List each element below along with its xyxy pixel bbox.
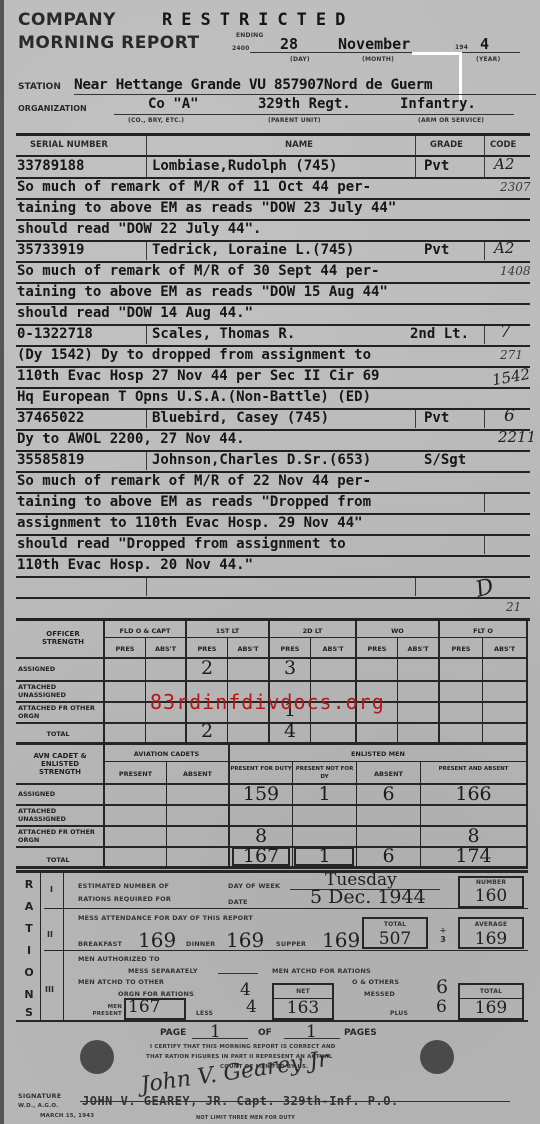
officer-strength-title: OFFICER STRENGTH — [30, 630, 96, 646]
day-caption: (DAY) — [290, 56, 310, 63]
grid-line — [103, 621, 105, 743]
grid-line — [482, 638, 483, 743]
atchd-for-rations-label: MEN ATCHD FOR RATIONS — [272, 967, 371, 975]
subcol-header: PRESENT NOT FOR DY — [293, 765, 356, 781]
pencil-code: 2307 — [500, 180, 531, 194]
remark-text: Hq European T Opns U.S.A.(Non-Battle) (E… — [17, 389, 371, 405]
breakfast-value: 169 — [138, 928, 176, 952]
year-caption: (YEAR) — [476, 56, 500, 63]
subcol-header: PRES — [270, 645, 310, 653]
subcol-header: PRES — [187, 645, 227, 653]
soldier-name: Lombiase,Rudolph (745) — [152, 158, 337, 174]
table-top-border — [16, 133, 530, 136]
remark-text: (Dy 1542) Dy to dropped from assignment … — [17, 347, 371, 363]
cell-1st-lt-total: 2 — [187, 720, 227, 742]
date-label: DATE — [228, 898, 248, 906]
page-value: 1 — [210, 1022, 221, 1042]
month-caption: (MONTH) — [362, 56, 394, 63]
rations-side-letter: I — [22, 944, 36, 957]
subcol-header: PRES — [357, 645, 397, 653]
remark-text: So much of remark of M/R of 11 Oct 44 pe… — [17, 179, 371, 195]
cell-present-and-absent-total: 174 — [421, 845, 526, 867]
header-bottom-border — [16, 155, 530, 157]
col-divider — [415, 578, 416, 596]
supper-value: 169 — [322, 928, 360, 952]
report-month: November — [338, 35, 410, 53]
code: 7 — [500, 322, 511, 342]
grid-line — [103, 745, 105, 867]
subcol-header: ABS'T — [311, 645, 355, 653]
punch-hole-right — [420, 1040, 454, 1074]
supper-label: SUPPER — [276, 940, 306, 948]
watermark: 83rdinfdivdocs.org — [150, 690, 385, 714]
mess-attendance-label: MESS ATTENDANCE FOR DAY OF THIS REPORT — [78, 914, 253, 922]
grid-line — [145, 638, 146, 743]
station-underline — [74, 94, 536, 95]
cell-present-for-duty-total: 167 — [230, 845, 292, 867]
col-divider — [484, 242, 485, 260]
average-value: 169 — [460, 929, 522, 949]
section-roman: I — [50, 885, 53, 894]
group-header: 2D LT — [270, 627, 355, 635]
men-present-label: MEN PRESENT — [76, 1004, 122, 1018]
column-header-serial: SERIAL NUMBER — [30, 140, 108, 150]
subcol-header: ABSENT — [167, 770, 228, 778]
auth-underline — [218, 973, 258, 974]
cell-2d-lt-total: 4 — [270, 720, 310, 742]
rations-total-value: 169 — [460, 998, 522, 1018]
grid-line — [438, 621, 440, 743]
parent-caption: (PARENT UNIT) — [268, 117, 321, 124]
men-present-value: 167 — [128, 997, 160, 1017]
soldier-name: Johnson,Charles D.Sr.(653) — [152, 452, 371, 468]
section-roman: II — [47, 930, 53, 939]
grade: Pvt — [424, 242, 449, 258]
grid-line — [44, 908, 528, 909]
grid-line — [16, 1020, 528, 1022]
report-year: 4 — [480, 35, 489, 53]
cell-present-for-duty-assigned: 159 — [230, 783, 292, 805]
cell-present-and-absent-attached: 8 — [421, 825, 526, 847]
grid-line — [355, 621, 357, 743]
auth-label: MEN AUTHORIZED TO — [78, 955, 160, 963]
organization-label: ORGANIZATION — [18, 104, 87, 113]
subcol-header: PRES — [440, 645, 482, 653]
divide-by-three: ÷ 3 — [436, 926, 450, 944]
soldier-name: Scales, Thomas R. — [152, 326, 295, 342]
grid-line — [526, 745, 528, 867]
row-label-total: TOTAL — [18, 730, 98, 738]
station-value: Near Hettange Grande VU 857907Nord de Gu… — [74, 77, 432, 93]
remark-text: 110th Evac Hosp 27 Nov 44 per Sec II Cir… — [17, 368, 379, 384]
form-label: SIGNATURE — [18, 1092, 61, 1100]
col-divider — [146, 578, 147, 596]
col-divider-grade — [484, 136, 485, 156]
col-divider — [484, 494, 485, 512]
aviation-cadets-header: AVIATION CADETS — [105, 750, 228, 758]
subcol-header: ABS'T — [483, 645, 526, 653]
grade: S/Sgt — [424, 452, 466, 468]
col-divider — [146, 410, 147, 428]
grade: Pvt — [424, 158, 449, 174]
serial-number: 35585819 — [17, 452, 84, 468]
form-title-morning-report: MORNING REPORT — [18, 33, 200, 53]
mess-total-label: TOTAL — [364, 921, 426, 928]
date-value: 5 Dec. 1944 — [310, 886, 426, 908]
subcol-header: ABS'T — [146, 645, 185, 653]
ending-label: ENDING — [236, 32, 263, 39]
enlisted-strength-title: AVN CADET & ENLISTED STRENGTH — [24, 752, 96, 776]
remark-text: Dy to AWOL 2200, 27 Nov 44. — [17, 431, 245, 447]
company-caption: (CO., BRY, ETC.) — [128, 117, 184, 124]
remark-text: should read "Dropped from assignment to — [17, 536, 346, 552]
table-bottom-border — [16, 618, 530, 621]
net-label: NET — [274, 988, 332, 995]
col-divider — [484, 410, 485, 428]
col-divider-serial — [146, 136, 147, 156]
rations-side-letter: R — [22, 878, 36, 891]
col-divider — [415, 157, 416, 177]
group-header: FLT O — [440, 627, 526, 635]
organization-underline — [114, 114, 514, 115]
subcol-header: PRESENT FOR DUTY — [230, 765, 292, 773]
col-divider — [484, 536, 485, 554]
col-divider — [146, 157, 147, 177]
mess-total-value: 507 — [364, 929, 426, 949]
rations-side-letter: A — [22, 900, 36, 913]
group-header: FLD O & CAPT — [105, 627, 185, 635]
row-label-attached-other: ATTACHED FR OTHER ORGN — [18, 828, 98, 844]
white-mark-horizontal — [412, 52, 462, 55]
col-divider — [415, 410, 416, 428]
day-of-week-label: DAY OF WEEK — [228, 882, 280, 890]
form-label: W.D., A.G.O. — [18, 1103, 58, 1109]
code: A2 — [494, 239, 514, 257]
remark-text: should read "DOW 14 Aug 44." — [17, 305, 253, 321]
morning-report-document: COMPANY MORNING REPORT RESTRICTED ENDING… — [0, 0, 540, 1124]
organization-regiment: 329th Regt. — [258, 96, 351, 112]
col-divider — [146, 326, 147, 344]
officers-value: 6 — [436, 976, 448, 998]
breakfast-label: BREAKFAST — [78, 940, 122, 948]
cell-2d-lt-assigned: 3 — [270, 657, 310, 679]
grade: 2nd Lt. — [410, 326, 469, 342]
arm-caption: (ARM OR SERVICE) — [418, 117, 484, 124]
remark-text: assignment to 110th Evac Hosp. 29 Nov 44… — [17, 515, 363, 531]
rations-side-letter: O — [22, 966, 36, 979]
form-title-company: COMPANY — [18, 10, 116, 30]
grid-line — [16, 742, 528, 745]
page-label: PAGE — [160, 1028, 186, 1038]
col-divider — [484, 157, 485, 177]
row-label-attached-other: ATTACHED FR OTHER ORGN — [18, 704, 98, 720]
end-mark-subscript: 21 — [506, 600, 521, 614]
remark-text: So much of remark of M/R of 30 Sept 44 p… — [17, 263, 379, 279]
rations-label: RATIONS REQUIRED FOR — [78, 895, 171, 903]
scan-edge — [0, 0, 4, 1124]
time-label: 2400 — [232, 45, 250, 52]
cell-present-not-for-duty-total: 1 — [293, 845, 356, 867]
rations-side-letter: N — [22, 988, 36, 1001]
officers-label: MESSED — [364, 990, 395, 998]
row-label-assigned: ASSIGNED — [18, 790, 98, 798]
grid-line — [16, 870, 528, 873]
station-label: STATION — [18, 82, 61, 92]
subcol-header: ABS'T — [398, 645, 438, 653]
soldier-name: Tedrick, Loraine L.(745) — [152, 242, 354, 258]
grade: Pvt — [424, 410, 449, 426]
remark-text: 110th Evac Hosp. 20 Nov 44." — [17, 557, 253, 573]
serial-number: 0-1322718 — [17, 326, 93, 342]
subcol-header: PRES — [105, 645, 145, 653]
remark-text: should read "DOW 22 July 44". — [17, 221, 261, 237]
column-header-grade: GRADE — [430, 140, 463, 150]
report-day: 28 — [280, 35, 298, 53]
serial-number: 33789188 — [17, 158, 84, 174]
less-label: LESS — [196, 1010, 213, 1017]
atchd-other-label: MEN ATCHD TO OTHER — [78, 978, 164, 986]
col-divider-name — [415, 136, 416, 156]
signer-typed-name: JOHN V. GEAREY, JR. Capt. 329th-Inf. P.O… — [82, 1094, 399, 1108]
grid-line — [16, 680, 528, 682]
grid-line — [526, 621, 528, 743]
auth-label: MESS SEPARATELY — [128, 967, 198, 975]
column-header-name: NAME — [285, 140, 313, 150]
remark-text: So much of remark of M/R of 22 Nov 44 pe… — [17, 473, 371, 489]
cell-present-not-for-duty-assigned: 1 — [293, 783, 356, 805]
remark-text: taining to above EM as reads "DOW 15 Aug… — [17, 284, 388, 300]
handwritten-code: 1542 — [491, 365, 532, 389]
cell-present-for-duty-attached: 8 — [230, 825, 292, 847]
grid-line — [44, 950, 528, 951]
handwritten-code: 2211 — [498, 428, 536, 446]
pencil-code: 271 — [500, 348, 523, 362]
remark-text: taining to above EM as reads "DOW 23 Jul… — [17, 200, 396, 216]
average-label: AVERAGE — [460, 921, 522, 928]
row-label-attached-unassigned: ATTACHED UNASSIGNED — [18, 807, 98, 823]
officers-label: O & OTHERS — [352, 978, 399, 986]
pages-value: 1 — [306, 1022, 317, 1042]
subcol-header: ABSENT — [357, 770, 420, 778]
row-divider — [16, 597, 530, 599]
subcol-header: PRESENT AND ABSENT — [421, 765, 526, 773]
col-divider — [146, 242, 147, 260]
group-header: 1ST LT — [187, 627, 268, 635]
grid-line — [63, 873, 64, 1021]
form-label: MARCH 15, 1943 — [40, 1113, 94, 1119]
punch-hole-left — [80, 1040, 114, 1074]
year-prefix: 194 — [455, 44, 468, 51]
dinner-label: DINNER — [186, 940, 215, 948]
rations-label: ESTIMATED NUMBER OF — [78, 882, 169, 890]
group-header: WO — [357, 627, 438, 635]
plus-value: 6 — [436, 997, 447, 1017]
number-label: NUMBER — [460, 879, 522, 886]
serial-number: 37465022 — [17, 410, 84, 426]
serial-number: 35733919 — [17, 242, 84, 258]
organization-company: Co "A" — [148, 96, 199, 112]
row-label-total: TOTAL — [18, 856, 98, 864]
code: A2 — [494, 155, 514, 173]
enlisted-men-header: ENLISTED MEN — [230, 750, 526, 758]
cell-present-and-absent-assigned: 166 — [421, 783, 526, 805]
grid-line — [105, 637, 526, 638]
rations-side-letter: T — [22, 922, 36, 935]
rations-side-letter: S — [22, 1006, 36, 1019]
classification-stamp: RESTRICTED — [162, 10, 354, 30]
bottom-caption: NOT LIMIT THREE MEN FOR DUTY — [196, 1115, 295, 1121]
column-header-code: CODE — [490, 140, 516, 150]
subcol-header: ABS'T — [228, 645, 268, 653]
grid-line — [397, 638, 398, 743]
cell-absent-assigned: 6 — [357, 783, 420, 805]
row-label-assigned: ASSIGNED — [18, 665, 98, 673]
col-divider — [146, 452, 147, 470]
of-label: OF — [258, 1028, 272, 1038]
row-divider — [16, 576, 530, 578]
pages-label: PAGES — [344, 1028, 377, 1038]
row-label-attached-unassigned: ATTACHED UNASSIGNED — [18, 683, 98, 699]
code: 6 — [504, 406, 515, 426]
col-divider — [484, 326, 485, 344]
remark-text: taining to above EM as reads "Dropped fr… — [17, 494, 371, 510]
number-value: 160 — [460, 886, 522, 906]
organization-arm: Infantry. — [400, 96, 476, 112]
cell-1st-lt-assigned: 2 — [187, 657, 227, 679]
less-value: 4 — [246, 997, 257, 1017]
pencil-code: 1408 — [500, 264, 531, 278]
grid-line — [40, 873, 41, 1021]
grid-line — [105, 761, 526, 762]
plus-label: PLUS — [390, 1010, 408, 1017]
cell-absent-total: 6 — [357, 845, 420, 867]
subcol-header: PRESENT — [105, 770, 166, 778]
net-value: 163 — [274, 998, 332, 1018]
dinner-value: 169 — [226, 928, 264, 952]
section-roman: III — [45, 985, 54, 994]
rations-total-label: TOTAL — [460, 988, 522, 995]
soldier-name: Bluebird, Casey (745) — [152, 410, 329, 426]
